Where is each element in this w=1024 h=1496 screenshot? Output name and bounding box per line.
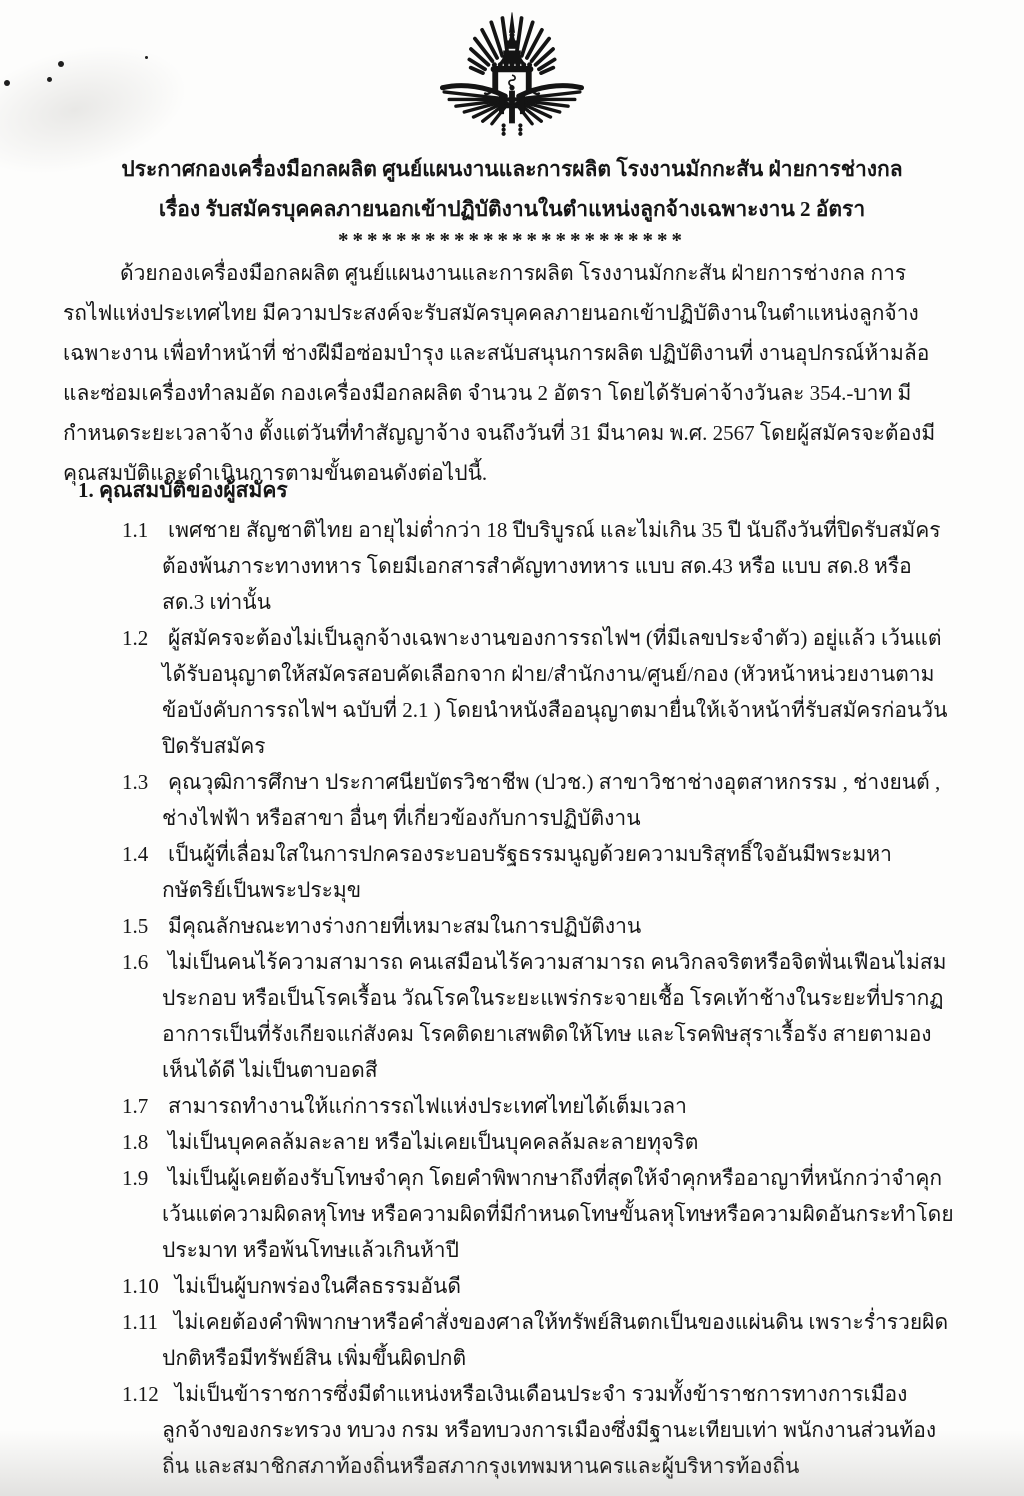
qualification-item: 1.11ไม่เคยต้องคำพิพากษาหรือคำสั่งของศาลใ… [122,1304,954,1376]
qualification-item: 1.5มีคุณลักษณะทางร่างกายที่เหมาะสมในการป… [122,908,954,944]
scan-bottom-shadow [0,1430,1024,1496]
qualification-item: 1.8ไม่เป็นบุคคลล้มละลาย หรือไม่เคยเป็นบุ… [122,1124,954,1160]
qualification-item: 1.2ผู้สมัครจะต้องไม่เป็นลูกจ้างเฉพาะงานข… [122,620,954,764]
qualification-item-number: 1.5 [122,908,152,944]
qualification-item-number: 1.9 [122,1160,152,1196]
announcement-subject-line: เรื่อง รับสมัครบุคคลภายนอกเข้าปฏิบัติงาน… [0,192,1024,226]
qualification-item-number: 1.11 [122,1304,158,1340]
qualification-item-number: 1.7 [122,1088,152,1124]
qualification-list: 1.1เพศชาย สัญชาติไทย อายุไม่ต่ำกว่า 18 ป… [122,512,954,1484]
qualification-item-number: 1.3 [122,764,152,800]
qualification-item-text: ไม่เป็นผู้บกพร่องในศีลธรรมอันดี [175,1274,461,1298]
scanned-announcement-page: ประกาศกองเครื่องมือกลผลิต ศูนย์แผนงานและ… [0,0,1024,1496]
qualification-item-text: ผู้สมัครจะต้องไม่เป็นลูกจ้างเฉพาะงานของก… [162,626,947,758]
qualification-item-text: ไม่เป็นบุคคลล้มละลาย หรือไม่เคยเป็นบุคคล… [168,1130,698,1154]
scan-artifact-dot [47,77,52,82]
qualification-item-number: 1.1 [122,512,152,548]
qualification-item: 1.10ไม่เป็นผู้บกพร่องในศีลธรรมอันดี [122,1268,954,1304]
intro-paragraph: ด้วยกองเครื่องมือกลผลิต ศูนย์แผนงานและกา… [63,253,953,493]
qualification-item-number: 1.8 [122,1124,152,1160]
qualification-item-text: สามารถทำงานให้แก่การรถไฟแห่งประเทศไทยได้… [168,1094,687,1118]
qualification-item-number: 1.6 [122,944,152,980]
railway-emblem-icon [428,4,596,138]
qualification-item: 1.4เป็นผู้ที่เลื่อมใสในการปกครองระบอบรัฐ… [122,836,954,908]
asterisk-divider: ************************ [0,223,1024,257]
qualification-item-number: 1.4 [122,836,152,872]
state-railway-emblem-logo [428,4,596,143]
qualification-item-text: เป็นผู้ที่เลื่อมใสในการปกครองระบอบรัฐธรร… [162,842,892,902]
section1-heading: 1. คุณสมบัติของผู้สมัคร [78,474,288,507]
announcement-title-line1: ประกาศกองเครื่องมือกลผลิต ศูนย์แผนงานและ… [0,152,1024,186]
qualification-item: 1.6ไม่เป็นคนไร้ความสามารถ คนเสมือนไร้ควา… [122,944,954,1088]
qualification-item-text: มีคุณลักษณะทางร่างกายที่เหมาะสมในการปฏิบ… [168,914,641,938]
qualification-item: 1.7สามารถทำงานให้แก่การรถไฟแห่งประเทศไทย… [122,1088,954,1124]
qualification-item-text: ไม่เคยต้องคำพิพากษาหรือคำสั่งของศาลให้ทร… [162,1310,948,1370]
qualification-item-number: 1.2 [122,620,152,656]
qualification-item-number: 1.12 [122,1376,159,1412]
qualification-item: 1.9ไม่เป็นผู้เคยต้องรับโทษจำคุก โดยคำพิพ… [122,1160,954,1268]
qualification-item-text: คุณวุฒิการศึกษา ประกาศนียบัตรวิชาชีพ (ปว… [162,770,940,830]
qualification-item: 1.1เพศชาย สัญชาติไทย อายุไม่ต่ำกว่า 18 ป… [122,512,954,620]
qualification-item-number: 1.10 [122,1268,159,1304]
scan-artifact-dot [4,80,10,86]
scan-artifact-dot [58,61,64,67]
qualification-item-text: ไม่เป็นคนไร้ความสามารถ คนเสมือนไร้ความสา… [162,950,946,1082]
scan-artifact-dot [145,56,148,59]
qualification-item-text: ไม่เป็นผู้เคยต้องรับโทษจำคุก โดยคำพิพากษ… [162,1166,954,1262]
qualification-item: 1.3คุณวุฒิการศึกษา ประกาศนียบัตรวิชาชีพ … [122,764,954,836]
qualification-item-text: เพศชาย สัญชาติไทย อายุไม่ต่ำกว่า 18 ปีบร… [162,518,941,614]
